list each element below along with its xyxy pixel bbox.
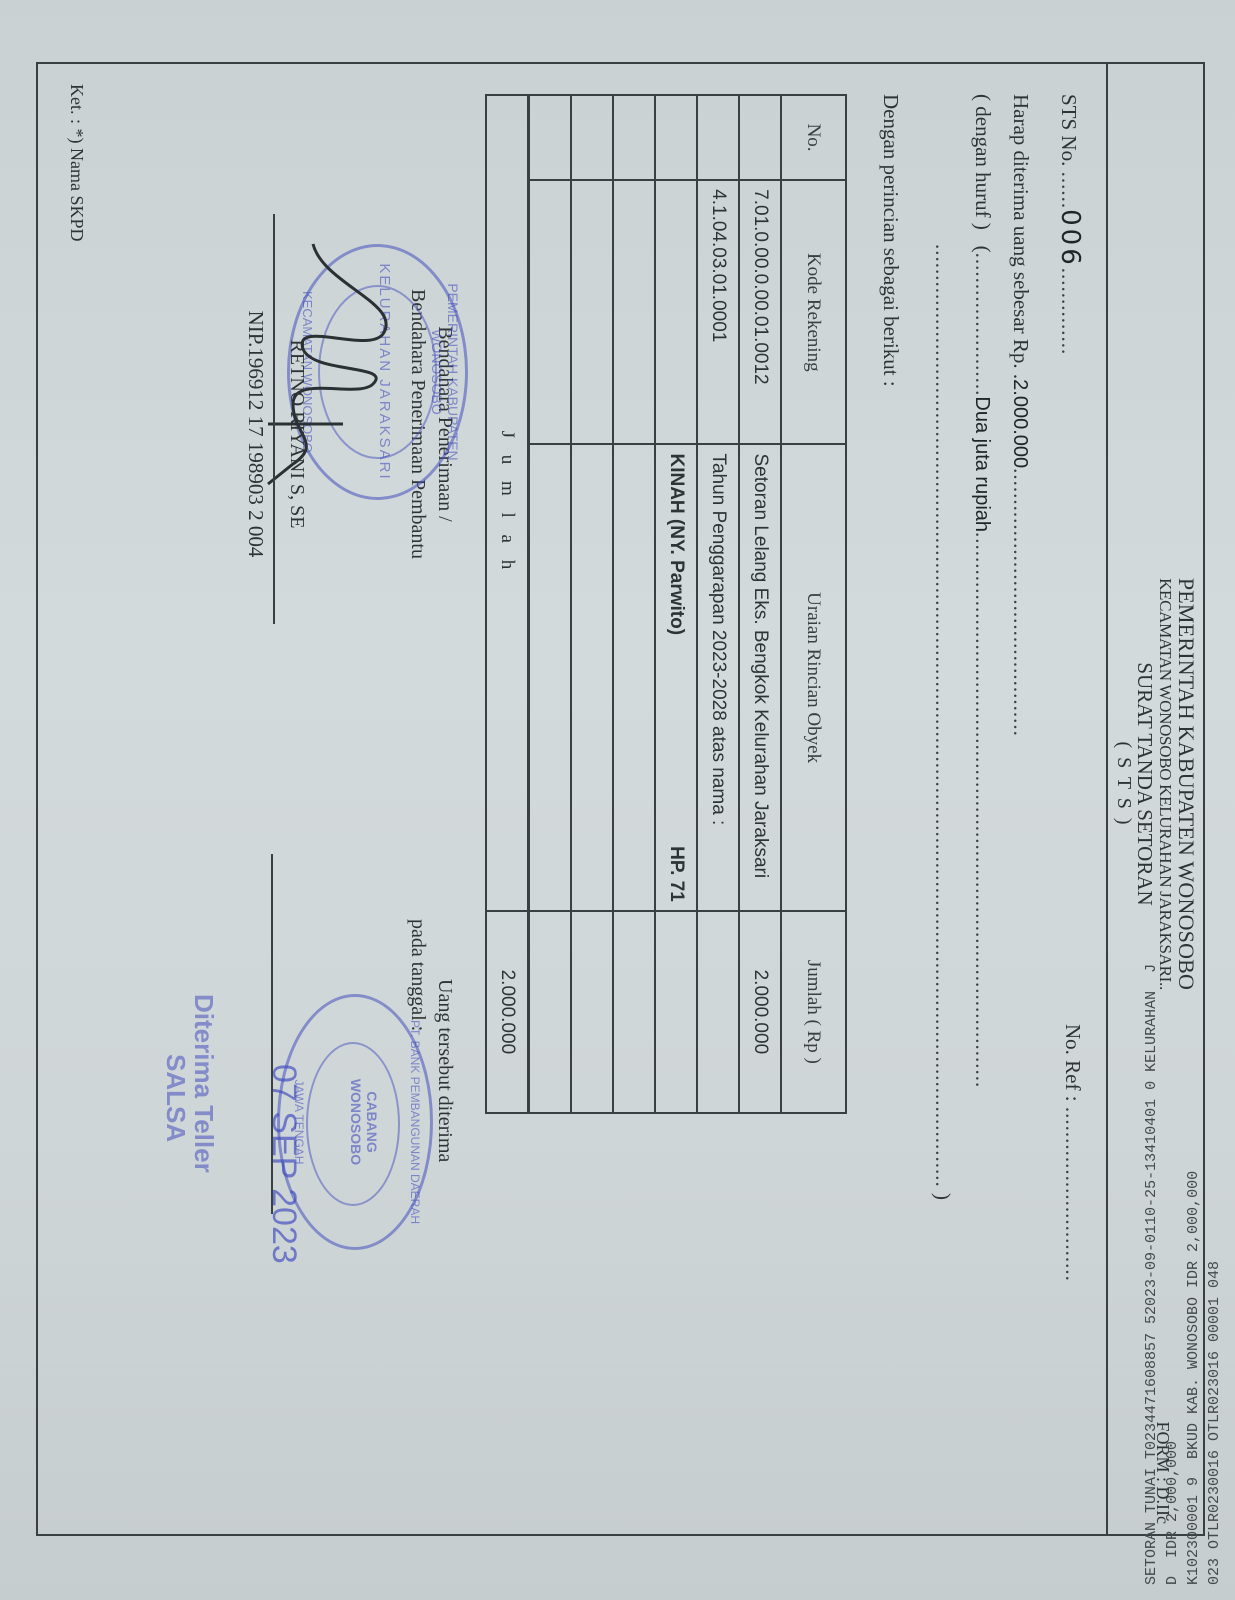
cell-jumlah — [613, 911, 655, 1113]
treasurer-name: RETNO RIYANI S, SE — [285, 254, 308, 614]
cell-kode-rekening — [613, 180, 655, 444]
cell-no — [571, 95, 613, 180]
cell-no — [529, 95, 572, 180]
cell-no — [655, 95, 697, 180]
teller-stamp: Diterima Teller SALSA — [162, 994, 218, 1173]
cell-kode-rekening: 7.01.0.00.0.00.01.0012 — [739, 180, 781, 444]
amount-row: Harap diterima uang sebesar Rp. .2.000.0… — [1008, 94, 1033, 737]
col-header-no: No. — [781, 95, 846, 180]
cell-uraian — [613, 444, 655, 910]
cell-no — [697, 95, 739, 180]
government-title: PEMERINTAH KABUPATEN WONOSOBO — [1176, 464, 1197, 1104]
validation-line: SETORAN TUNAI T0234471608857 52023-09-01… — [1141, 1045, 1162, 1585]
cell-uraian — [571, 444, 613, 910]
words-label: ( dengan huruf ) — [971, 94, 995, 230]
table-row: 7.01.0.00.0.00.01.0012Setoran Lelang Eks… — [739, 95, 781, 1113]
sts-no-value: 006 — [1055, 209, 1085, 268]
cell-jumlah — [697, 911, 739, 1113]
col-header-kode: Kode Rekening — [781, 180, 846, 444]
no-ref-label: No. Ref : — [1061, 1024, 1085, 1102]
cell-uraian: Tahun Penggarapan 2023-2028 atas nama : — [697, 444, 739, 910]
sts-no-label: STS No. — [1057, 94, 1081, 166]
cell-uraian: Setoran Lelang Eks. Bengkok Kelurahan Ja… — [739, 444, 781, 910]
ref-number-row: No. Ref : ............................ — [1060, 1024, 1085, 1282]
table-header-row: No. Kode Rekening Uraian Rincian Obyek J… — [781, 95, 846, 1113]
cell-kode-rekening — [655, 180, 697, 444]
sts-number-row: STS No. ......006.............. — [1055, 94, 1085, 355]
sts-document: PEMERINTAH KABUPATEN WONOSOBO KECAMATAN … — [0, 0, 1235, 1600]
cell-kode-rekening — [571, 180, 613, 444]
total-value: 2.000.000 — [486, 911, 529, 1113]
table-row — [613, 95, 655, 1113]
cell-no — [739, 95, 781, 180]
amount-in-words: Dua juta rupiah — [971, 396, 993, 532]
validation-line: D IDR 2,000,000 — [1162, 1045, 1183, 1585]
total-row: J u m l a h 2.000.000 — [486, 95, 529, 1113]
document-abbrev: ( S T S ) — [1113, 464, 1134, 1104]
treasurer-signature-line — [273, 214, 275, 624]
cell-jumlah — [655, 911, 697, 1113]
cell-jumlah — [529, 911, 572, 1113]
footnote: Ket. : *) Nama SKPD — [66, 84, 87, 241]
received-text: Uang tersebut diterima — [431, 919, 458, 1162]
detail-table: No. Kode Rekening Uraian Rincian Obyek J… — [485, 94, 847, 1114]
cell-uraian: KINAH (NY. Parwito)HP. 71 — [655, 444, 697, 910]
treasurer-nip: NIP.196912 17 198903 2 004 — [243, 254, 268, 614]
col-header-uraian: Uraian Rincian Obyek — [781, 444, 846, 910]
amount-words-row: ( dengan huruf ) (......................… — [970, 94, 995, 1088]
amount-value: 2.000.000 — [1009, 379, 1031, 468]
cell-kode-rekening — [529, 180, 572, 444]
form-frame: PEMERINTAH KABUPATEN WONOSOBO KECAMATAN … — [36, 62, 1205, 1536]
validation-line: K102300001 9 BKUD KAB. WONOSOBO IDR 2,00… — [1183, 1045, 1204, 1585]
amount-label: Harap diterima uang sebesar Rp. . — [1009, 94, 1033, 379]
cell-jumlah — [571, 911, 613, 1113]
total-label: J u m l a h — [486, 95, 529, 911]
detail-intro: Dengan perincian sebagai berikut : — [878, 94, 903, 387]
amount-words-row-2: ........................................… — [930, 244, 955, 1200]
receipt-signature-line — [271, 854, 273, 1214]
validation-line: 023 OTLR0230016 OTLR023016 00001 048 — [1204, 1045, 1225, 1585]
table-row — [571, 95, 613, 1113]
bank-stamp-date: 07 SEP 2023 — [264, 1064, 303, 1264]
cell-kode-rekening: 4.1.04.03.01.0001 — [697, 180, 739, 444]
table-row: KINAH (NY. Parwito)HP. 71 — [655, 95, 697, 1113]
bank-validation-print: SETORAN TUNAI T0234471608857 52023-09-01… — [1141, 1045, 1225, 1585]
cell-jumlah: 2.000.000 — [739, 911, 781, 1113]
col-header-jumlah: Jumlah ( Rp ) — [781, 911, 846, 1113]
table-row: 4.1.04.03.01.0001Tahun Penggarapan 2023-… — [697, 95, 739, 1113]
cell-uraian — [529, 444, 572, 910]
cell-no — [613, 95, 655, 180]
table-row — [529, 95, 572, 1113]
